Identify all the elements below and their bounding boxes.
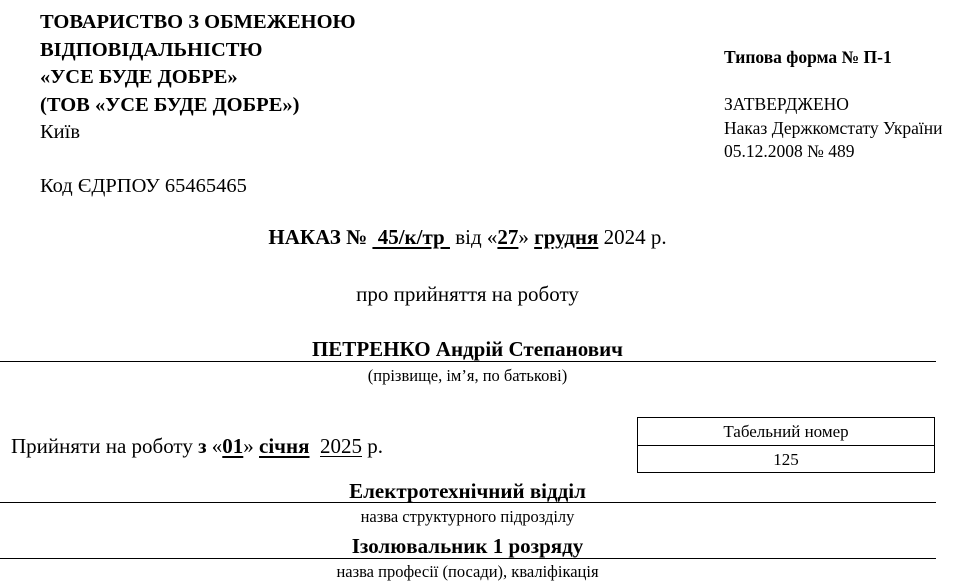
- department-caption: назва структурного підрозділу: [0, 507, 935, 527]
- order-from-label: від «: [455, 225, 497, 249]
- employee-name-rule: [0, 361, 936, 362]
- organization-name-line: ВІДПОВІДАЛЬНІСТЮ: [40, 37, 356, 65]
- organization-name-line: ТОВАРИСТВО З ОБМЕЖЕНОЮ: [40, 9, 356, 37]
- organization-name-line: «УСЕ БУДЕ ДОБРЕ»: [40, 64, 356, 92]
- position-name: Ізолювальник 1 розряду: [0, 534, 935, 559]
- hire-open-quote: «: [212, 434, 223, 458]
- personnel-number-label: Табельний номер: [638, 418, 934, 446]
- order-year: 2024 р.: [604, 225, 667, 249]
- hire-year: 2025: [320, 434, 362, 458]
- personnel-number-box: Табельний номер 125: [637, 417, 935, 473]
- order-month: грудня: [534, 225, 598, 249]
- approval-block: ЗАТВЕРДЖЕНО Наказ Держкомстату України 0…: [724, 93, 943, 164]
- employee-name-caption: (прізвище, ім’я, по батькові): [0, 366, 935, 386]
- position-caption: назва професії (посади), кваліфікація: [0, 562, 935, 582]
- organization-name-line: (ТОВ «УСЕ БУДЕ ДОБРЕ»): [40, 92, 356, 120]
- order-day-close: »: [518, 225, 529, 249]
- position-rule: [0, 558, 936, 559]
- order-heading: НАКАЗ № 45/к/тр від «27» грудня 2024 р.: [0, 225, 935, 250]
- personnel-number-value: 125: [638, 446, 934, 473]
- hire-date-line: Прийняти на роботу з «01» січня 2025 р.: [11, 434, 383, 459]
- form-title: Типова форма № П-1: [724, 47, 892, 68]
- order-day: 27: [497, 225, 518, 249]
- order-subject: про прийняття на роботу: [0, 282, 935, 307]
- organization-edrpou: Код ЄДРПОУ 65465465: [40, 173, 247, 200]
- department-rule: [0, 502, 936, 503]
- hire-from-word: з: [198, 434, 206, 458]
- hire-day: 01: [222, 434, 243, 458]
- approval-line: ЗАТВЕРДЖЕНО: [724, 93, 943, 117]
- hire-label: Прийняти на роботу: [11, 434, 193, 458]
- hire-year-suffix: р.: [367, 434, 383, 458]
- hire-month: січня: [259, 434, 309, 458]
- hire-close-quote: »: [243, 434, 254, 458]
- employee-full-name: ПЕТРЕНКО Андрій Степанович: [0, 337, 935, 362]
- organization-name: ТОВАРИСТВО З ОБМЕЖЕНОЮ ВІДПОВІДАЛЬНІСТЮ …: [40, 9, 356, 119]
- approval-line: Наказ Держкомстату України: [724, 117, 943, 141]
- order-prefix: НАКАЗ №: [268, 225, 367, 249]
- organization-city: Київ: [40, 119, 80, 146]
- approval-line: 05.12.2008 № 489: [724, 140, 943, 164]
- order-number: 45/к/тр: [372, 225, 450, 249]
- department-name: Електротехнічний відділ: [0, 479, 935, 504]
